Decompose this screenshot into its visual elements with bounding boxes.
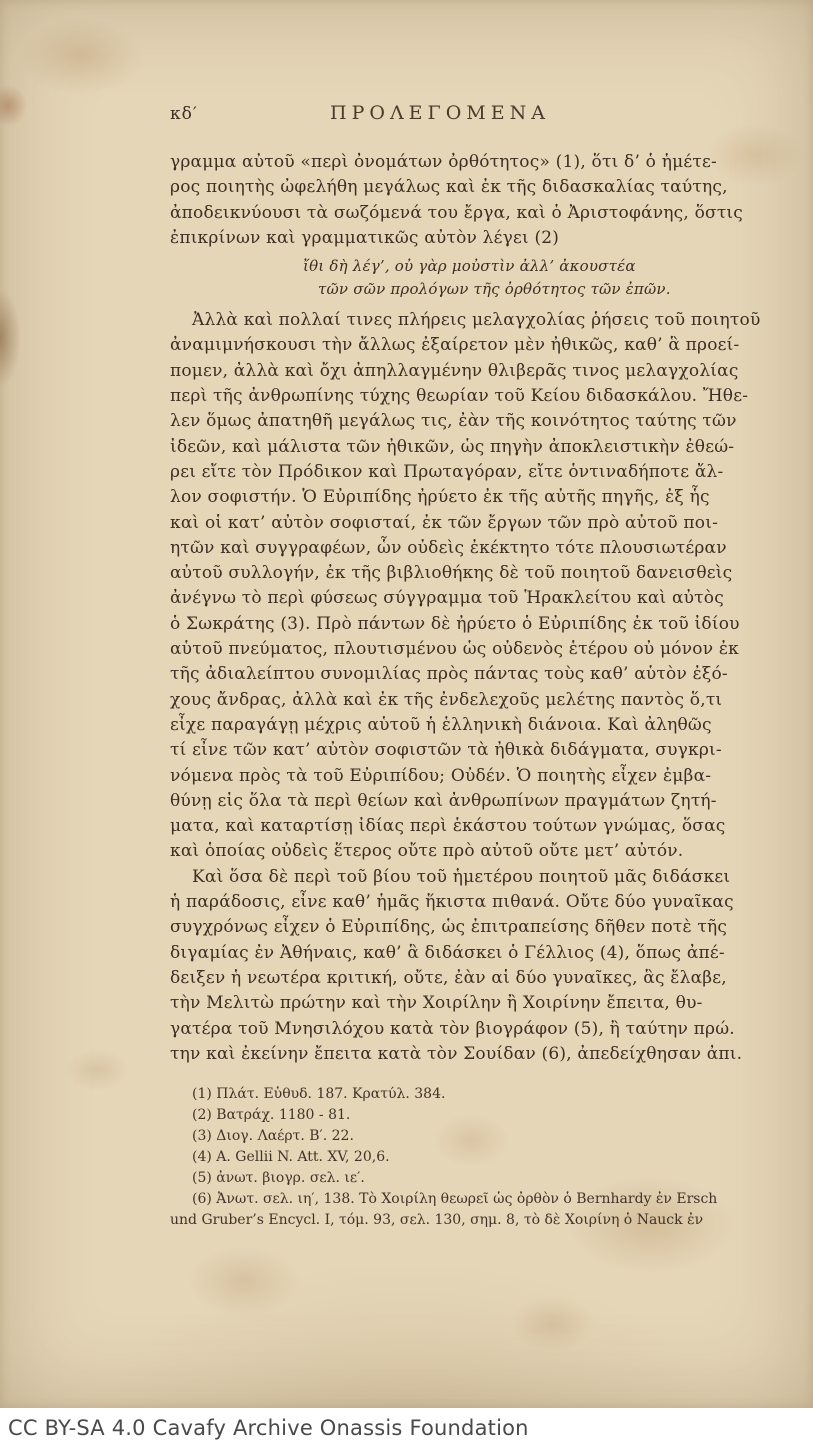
text-line: διγαμίας ἐν Ἀθήναις, καθ’ ἃ διδάσκει ὁ Γ… (170, 941, 710, 966)
text-line: αὑτοῦ πνεύματος, πλουτισμένου ὡς οὐδενὸς… (170, 637, 710, 662)
text-line: ὁ Σωκράτης (3). Πρὸ πάντων δὲ ἠρύετο ὁ Ε… (170, 612, 710, 637)
verse-quotation: ἴθι δὴ λέγ’, οὐ γὰρ μοὐστὶν ἀλλ’ ἀκουστέ… (303, 255, 710, 301)
footnotes-section: (1) Πλάτ. Εὐθυδ. 187. Κρατύλ. 384.(2) Βα… (170, 1084, 710, 1231)
text-line: (6) Ἀνωτ. σελ. ιη′, 138. Τὸ Χοιρίλη θεωρ… (170, 1189, 710, 1210)
text-line: ἀποδεικνύουσι τὰ σωζόμενά του ἔργα, καὶ … (170, 201, 710, 226)
text-block: γραμμα αὐτοῦ «περὶ ὀνομάτων ὀρθότητος» (… (0, 124, 813, 1231)
page-header: κδ′ ΠΡΟΛΕΓΟΜΕΝΑ (0, 0, 813, 124)
text-line: ἴθι δὴ λέγ’, οὐ γὰρ μοὐστὶν ἀλλ’ ἀκουστέ… (303, 255, 710, 278)
text-line: (2) Βατράχ. 1180 - 81. (170, 1105, 710, 1126)
text-line: τί εἶνε τῶν κατ’ αὐτὸν σοφιστῶν τὰ ἠθικὰ… (170, 738, 710, 763)
text-line: λον σοφιστήν. Ὁ Εὐριπίδης ἠρύετο ἐκ τῆς … (170, 485, 710, 510)
text-line: τὴν Μελιτὼ πρώτην καὶ τὴν Χοιρίλην ἢ Χοι… (170, 991, 710, 1016)
text-line: περὶ τῆς ἀνθρωπίνης τύχης θεωρίαν τοῦ Κε… (170, 384, 710, 409)
text-line: εἶχε παραγάγῃ μέχρις αὑτοῦ ἡ ἑλληνικὴ δι… (170, 713, 710, 738)
text-line: γραμμα αὐτοῦ «περὶ ὀνομάτων ὀρθότητος» (… (170, 150, 710, 175)
text-line: ματα, καὶ καταρτίσῃ ἰδίας περὶ ἑκάστου τ… (170, 814, 710, 839)
text-line: Ἀλλὰ καὶ πολλαί τινες πλήρεις μελαγχολία… (170, 308, 710, 333)
text-line: ἀναμιμνήσκουσι τὴν ἄλλως ἐξαίρετον μὲν ἠ… (170, 333, 710, 358)
footnote-continuation: und Gruber’s Encycl. I, τόμ. 93, σελ. 13… (170, 1210, 710, 1231)
text-line: ητῶν καὶ συγγραφέων, ὧν οὐδεὶς ἐκέκτητο … (170, 536, 710, 561)
text-line: (3) Διογ. Λαέρτ. Β′. 22. (170, 1126, 710, 1147)
text-line: λεν ὅμως ἀπατηθῆ μεγάλως τις, ἐὰν τῆς κο… (170, 409, 710, 434)
text-line: γατέρα τοῦ Μνησιλόχου κατὰ τὸν βιογράφον… (170, 1017, 710, 1042)
text-line: (5) ἀνωτ. βιογρ. σελ. ιε′. (170, 1168, 710, 1189)
text-line: (4) A. Gellii N. Att. XV, 20,6. (170, 1147, 710, 1168)
text-line: καὶ οἱ κατ’ αὐτὸν σοφισταί, ἐκ τῶν ἔργων… (170, 511, 710, 536)
text-line: δειξεν ἡ νεωτέρα κριτική, οὔτε, ἐὰν αἱ δ… (170, 966, 710, 991)
text-line: καὶ ὁποίας οὐδεὶς ἕτερος οὔτε πρὸ αὐτοῦ … (170, 839, 710, 864)
license-bar: CC BY-SA 4.0 Cavafy Archive Onassis Foun… (0, 1408, 813, 1448)
text-line: συγχρόνως εἶχεν ὁ Εὐριπίδης, ὡς ἐπιτραπε… (170, 915, 710, 940)
text-line: ἐπικρίνων καὶ γραμματικῶς αὐτὸν λέγει (2… (170, 226, 710, 251)
paragraph-biography: Καὶ ὅσα δὲ περὶ τοῦ βίου τοῦ ἡμετέρου πο… (170, 865, 710, 1067)
paragraph-opening: γραμμα αὐτοῦ «περὶ ὀνομάτων ὀρθότητος» (… (170, 150, 710, 251)
footnote-list: (1) Πλάτ. Εὐθυδ. 187. Κρατύλ. 384.(2) Βα… (170, 1084, 710, 1210)
text-line: ἰδεῶν, καὶ μάλιστα τῶν ἠθικῶν, ὡς πηγὴν … (170, 435, 710, 460)
text-line: την καὶ ἐκείνην ἔπειτα κατὰ τὸν Σουίδαν … (170, 1042, 710, 1067)
paragraph-sophists: Ἀλλὰ καὶ πολλαί τινες πλήρεις μελαγχολία… (170, 308, 710, 865)
text-line: αὐτοῦ συλλογήν, ἐκ τῆς βιβλιοθήκης δὲ το… (170, 561, 710, 586)
text-line: ἡ παράδοσις, εἶνε καθ’ ἡμᾶς ἥκιστα πιθαν… (170, 890, 710, 915)
page-number: κδ′ (170, 104, 240, 124)
text-line: ρος ποιητὴς ὠφελήθη μεγάλως καὶ ἐκ τῆς δ… (170, 175, 710, 200)
text-line: πομεν, ἀλλὰ καὶ ὄχι ἀπηλλαγμένην θλιβερᾶ… (170, 359, 710, 384)
text-line: ρει εἴτε τὸν Πρόδικον καὶ Πρωταγόραν, εἴ… (170, 460, 710, 485)
text-line: (1) Πλάτ. Εὐθυδ. 187. Κρατύλ. 384. (170, 1084, 710, 1105)
license-text: CC BY-SA 4.0 Cavafy Archive Onassis Foun… (0, 1416, 529, 1440)
text-line: ἀνέγνω τὸ περὶ φύσεως σύγγραμμα τοῦ Ἡρακ… (170, 586, 710, 611)
text-line: τῶν σῶν προλόγων τῆς ὀρθότητος τῶν ἐπῶν. (303, 278, 710, 301)
text-line: θύνῃ εἰς ὅλα τὰ περὶ θείων καὶ ἀνθρωπίνω… (170, 789, 710, 814)
book-page-scan: κδ′ ΠΡΟΛΕΓΟΜΕΝΑ γραμμα αὐτοῦ «περὶ ὀνομά… (0, 0, 813, 1408)
text-line: τῆς ἀδιαλείπτου συνομιλίας πρὸς πάντας τ… (170, 662, 710, 687)
text-line: Καὶ ὅσα δὲ περὶ τοῦ βίου τοῦ ἡμετέρου πο… (170, 865, 710, 890)
text-line: νόμενα πρὸς τὰ τοῦ Εὐριπίδου; Οὐδέν. Ὁ π… (170, 764, 710, 789)
page-title: ΠΡΟΛΕΓΟΜΕΝΑ (240, 102, 640, 124)
text-line: χους ἄνδρας, ἀλλὰ καὶ ἐκ τῆς ἐνδελεχοῦς … (170, 688, 710, 713)
